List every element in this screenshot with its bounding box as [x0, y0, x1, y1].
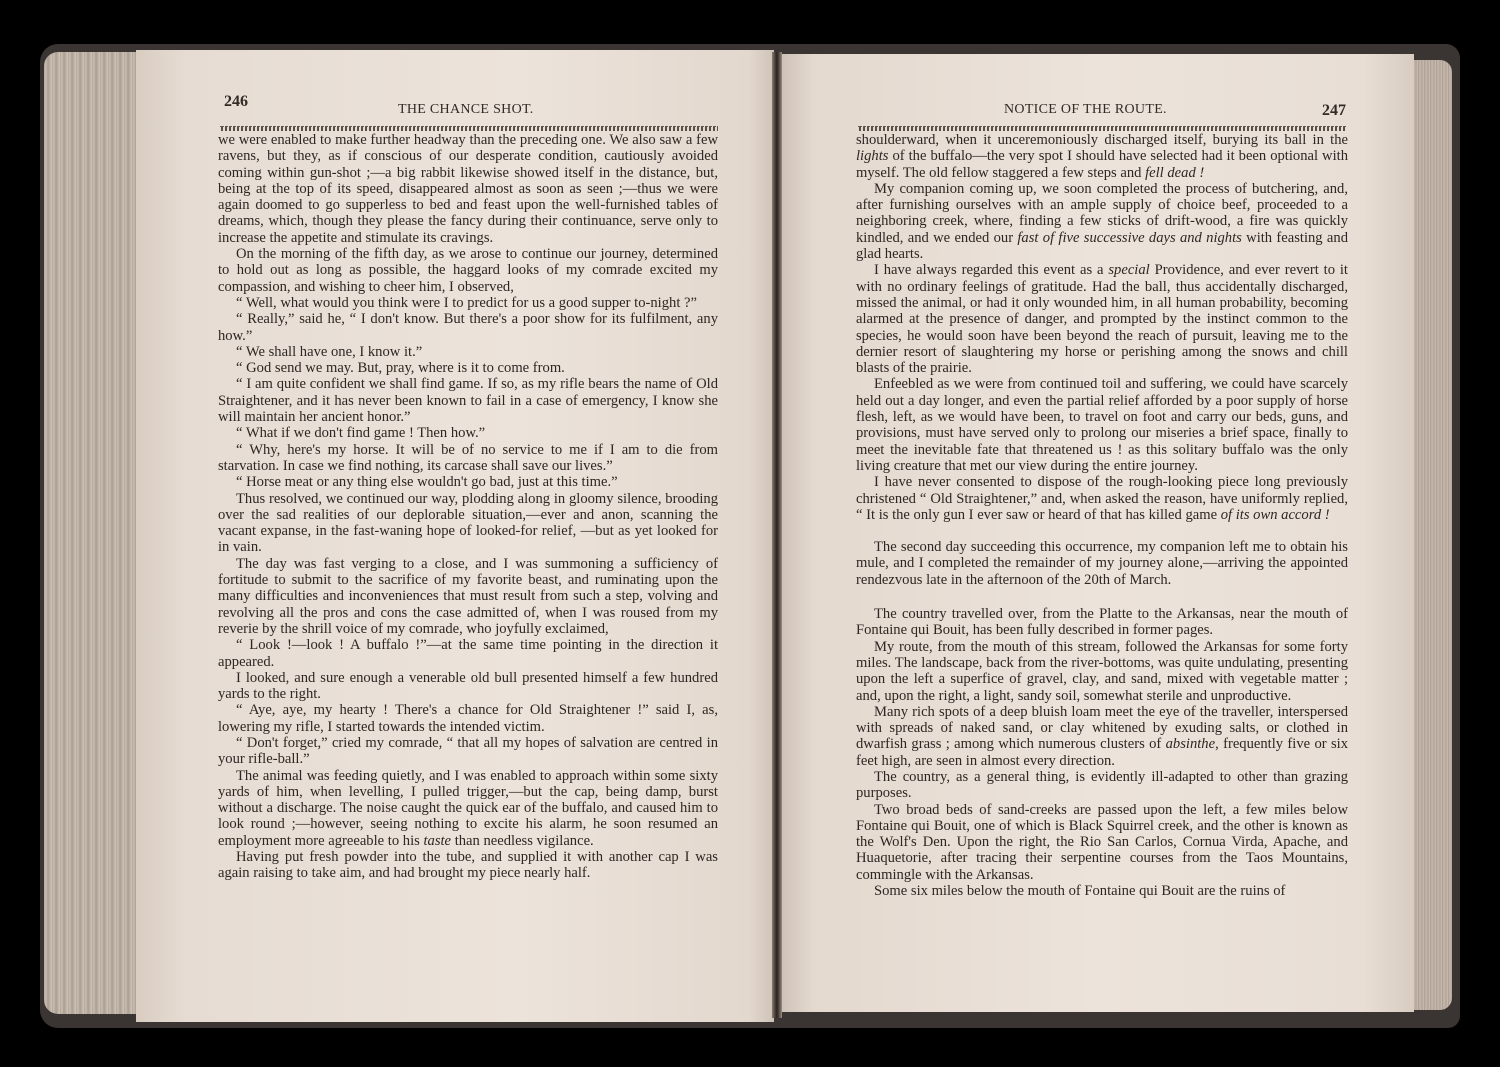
paragraph: The country, as a general thing, is evid… [856, 769, 1348, 802]
paragraph: “ Aye, aye, my hearty ! There's a chance… [218, 702, 718, 735]
body-text: shoulderward, when it unceremoniously di… [856, 132, 1348, 899]
paragraph: The animal was feeding quietly, and I wa… [218, 768, 718, 849]
paragraph: “ What if we don't find game ! Then how.… [218, 425, 718, 441]
paragraph: “ Really,” said he, “ I don't know. But … [218, 311, 718, 344]
paragraph: “ Why, here's my horse. It will be of no… [218, 442, 718, 475]
paragraph: I have always regarded this event as a s… [856, 262, 1348, 376]
paragraph: I have never consented to dispose of the… [856, 474, 1348, 523]
right-page: NOTICE OF THE ROUTE. 247 shoulderward, w… [782, 54, 1414, 1012]
paragraph: Having put fresh powder into the tube, a… [218, 849, 718, 882]
paragraph: The country travelled over, from the Pla… [856, 606, 1348, 639]
paragraph: Many rich spots of a deep bluish loam me… [856, 704, 1348, 769]
paragraph: Thus resolved, we continued our way, plo… [218, 491, 718, 556]
paragraph: “ Don't forget,” cried my comrade, “ tha… [218, 735, 718, 768]
paragraph: “ Horse meat or any thing else wouldn't … [218, 474, 718, 490]
paragraph: Some six miles below the mouth of Fontai… [856, 883, 1348, 899]
page-edges-right [1412, 60, 1452, 1010]
page-edges-left [44, 52, 136, 1014]
running-head: THE CHANCE SHOT. [398, 102, 534, 118]
body-text: we were enabled to make further headway … [218, 132, 718, 882]
gutter [772, 52, 782, 1018]
paragraph: “ Look !—look ! A buffalo !”—at the same… [218, 637, 718, 670]
paragraph: I looked, and sure enough a venerable ol… [218, 670, 718, 703]
paragraph: “ Well, what would you think were I to p… [218, 295, 718, 311]
paragraph: Enfeebled as we were from continued toil… [856, 376, 1348, 474]
paragraph: “ God send we may. But, pray, where is i… [218, 360, 718, 376]
page-number: 247 [1322, 102, 1346, 120]
paragraph: The day was fast verging to a close, and… [218, 556, 718, 637]
paragraph: Two broad beds of sand-creeks are passed… [856, 802, 1348, 883]
paragraph: The second day succeeding this occurrenc… [856, 539, 1348, 588]
running-head: NOTICE OF THE ROUTE. [1004, 102, 1167, 118]
page-number: 246 [224, 93, 248, 111]
header-rule [858, 126, 1346, 131]
header-rule [220, 126, 718, 131]
paragraph: shoulderward, when it unceremoniously di… [856, 132, 1348, 181]
left-page: 246 THE CHANCE SHOT. we were enabled to … [136, 50, 774, 1022]
paragraph: On the morning of the fifth day, as we a… [218, 246, 718, 295]
paragraph: My companion coming up, we soon complete… [856, 181, 1348, 262]
paragraph: we were enabled to make further headway … [218, 132, 718, 246]
paragraph: “ I am quite confident we shall find gam… [218, 376, 718, 425]
paragraph: My route, from the mouth of this stream,… [856, 639, 1348, 704]
paragraph: “ We shall have one, I know it.” [218, 344, 718, 360]
